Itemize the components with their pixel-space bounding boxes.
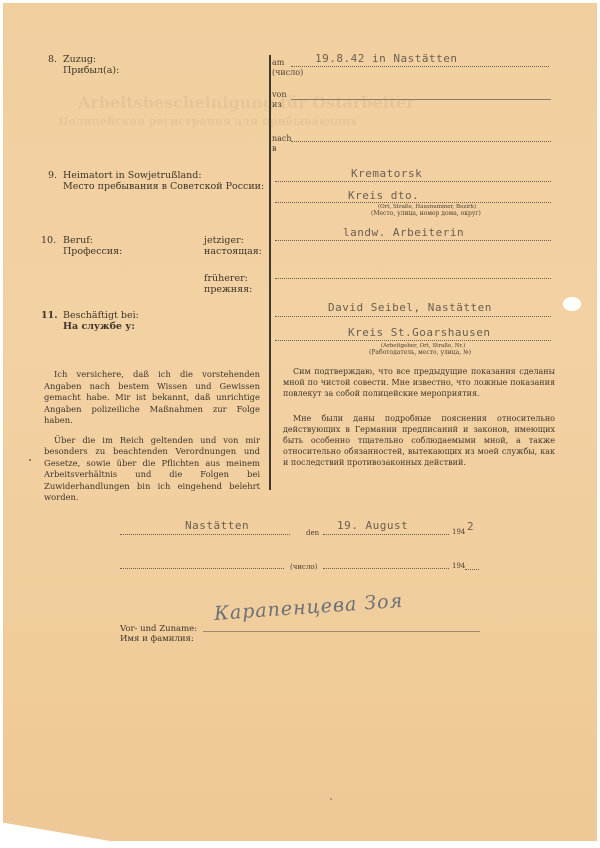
field11-line2-input[interactable]: Kreis St.Goarshausen [348, 326, 490, 339]
field10-current-input[interactable]: landw. Arbeiterin [343, 226, 464, 239]
field8-nach-label-ru: в [272, 144, 277, 154]
field10-former-input[interactable] [275, 278, 551, 279]
field8-am-label-ru: (число) [272, 68, 303, 78]
signature-line [203, 631, 480, 632]
field8-nach-input[interactable] [291, 141, 551, 142]
date-ru-chislo-label: (число) [290, 562, 317, 572]
field9-line2-input[interactable]: Kreis dto. [348, 189, 419, 202]
field9-label-de: Heimatort in Sowjetrußland: [63, 170, 202, 181]
document-page: Arbeitsbescheinigung für Ostarbeiter Пол… [3, 3, 597, 841]
declaration-ru-paragraph-1: Сим подтверждаю, что все предыдущие пока… [283, 366, 555, 399]
bleed-through-text: Полицейская регистрация для прибывающих [58, 115, 357, 128]
field10-label-de: Beruf: [63, 235, 93, 246]
declaration-ru-paragraph-2: Мне были даны подробные пояснения относи… [283, 413, 555, 468]
signature-input[interactable]: Карапенцева Зоя [213, 590, 403, 625]
field10-label-ru: Профессия: [63, 246, 122, 257]
signature-label-ru: Имя и фамилия: [120, 634, 194, 645]
field10-number: 10. [41, 235, 56, 246]
date-ru-day-input[interactable] [323, 568, 449, 569]
field8-am-input[interactable]: 19.8.42 in Nastätten [315, 52, 457, 65]
field10-former-label-ru: прежняя: [204, 284, 252, 295]
declaration-de-paragraph-1: Ich versichere, daß ich die vorstehenden… [44, 369, 260, 427]
field8-von-label: von [272, 90, 287, 100]
paper-speck [330, 798, 332, 800]
date-year-prefix: 194 [452, 527, 465, 537]
field11-label-de: Beschäftigt bei: [63, 310, 139, 321]
date-ru-year-prefix: 194 [452, 561, 465, 571]
field9-caption-ru: (Место, улица, номер дома, округ) [371, 210, 481, 217]
field11-number: 11. [41, 310, 58, 321]
date-ru-year-line [465, 569, 479, 570]
date-place-input[interactable]: Nastätten [185, 519, 249, 532]
paper-speck [29, 459, 31, 461]
field9-label-ru: Место пребывания в Советской России: [63, 181, 264, 192]
declaration-de: Ich versichere, daß ich die vorstehenden… [44, 369, 260, 512]
field8-label-ru: Прибыл(а): [63, 65, 119, 76]
field11-line1 [275, 316, 551, 317]
field11-line2 [275, 340, 551, 341]
date-day-input[interactable]: 19. August [337, 519, 408, 532]
date-place-line [120, 534, 290, 535]
field9-number: 9. [48, 170, 57, 181]
field10-current-label-de: jetziger: [204, 235, 244, 246]
date-den-label: den [306, 528, 319, 538]
field8-am-label: am [272, 58, 284, 68]
date-day-line [323, 534, 449, 535]
bleed-through-text: Arbeitsbescheinigung für Ostarbeiter [78, 93, 415, 112]
column-divider [269, 55, 271, 490]
field10-current-label-ru: настоящая: [204, 246, 262, 257]
declaration-ru: Сим подтверждаю, что все предыдущие пока… [283, 366, 555, 476]
field9-line1 [275, 181, 551, 182]
field8-nach-label: nach [272, 134, 292, 144]
declaration-de-paragraph-2: Über die im Reich geltenden und von mir … [44, 435, 260, 504]
field10-former-label-de: früherer: [204, 273, 248, 284]
date-ru-place-input[interactable] [120, 568, 284, 569]
field8-label-de: Zuzug: [63, 54, 96, 65]
field8-am-line [291, 66, 549, 67]
date-year-input[interactable]: 2 [467, 520, 474, 533]
field8-von-label-ru: из [272, 100, 282, 110]
field11-line1-input[interactable]: David Seibel, Nastätten [328, 301, 492, 314]
field11-caption-ru: (Работодатель, место, улица, №) [369, 349, 471, 356]
field11-label-ru: На службе у: [63, 321, 135, 332]
field8-von-input[interactable] [291, 99, 551, 100]
field8-number: 8. [48, 54, 57, 65]
field9-line1-input[interactable]: Krematorsk [351, 167, 422, 180]
field9-line2 [275, 202, 551, 203]
punch-hole [563, 297, 581, 311]
field10-current-line [275, 240, 551, 241]
